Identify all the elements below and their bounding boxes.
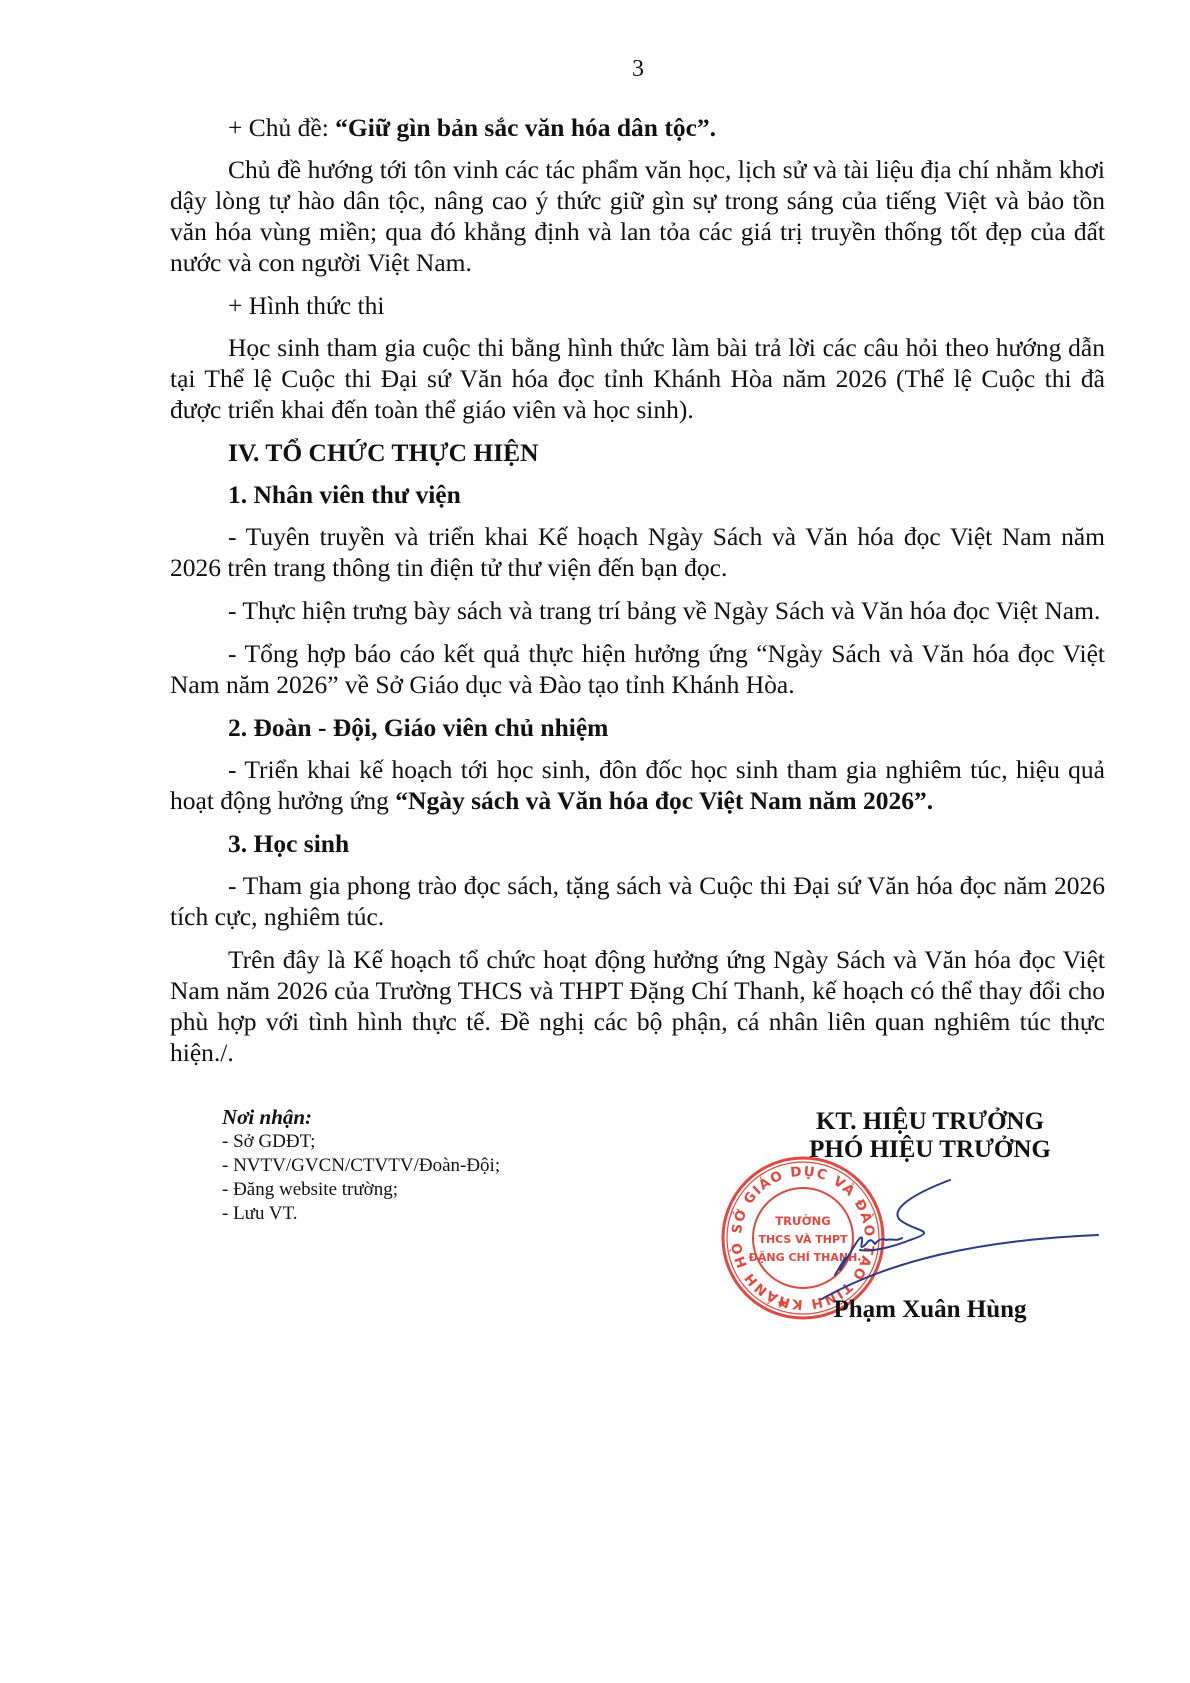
sub2-item-bold: “Ngày sách và Văn hóa đọc Việt Nam năm 2…	[395, 786, 933, 815]
sub3-item: - Tham gia phong trào đọc sách, tặng sác…	[170, 870, 1105, 932]
recipients-block: Nơi nhận: - Sở GDĐT; - NVTV/GVCN/CTVTV/Đ…	[222, 1105, 500, 1226]
recipients-title: Nơi nhận:	[222, 1105, 500, 1129]
form-description: Học sinh tham gia cuộc thi bằng hình thứ…	[170, 332, 1105, 425]
topic-title: “Giữ gìn bản sắc văn hóa dân tộc”.	[335, 113, 716, 142]
sub1-item: - Tuyên truyền và triển khai Kế hoạch Ng…	[170, 521, 1105, 583]
recipient-item: - Đăng website trường;	[222, 1178, 500, 1202]
recipient-item: - Sở GDĐT;	[222, 1130, 500, 1154]
page-number: 3	[0, 56, 1190, 83]
sub3-heading: 3. Học sinh	[170, 828, 1105, 859]
topic-prefix: + Chủ đề:	[228, 113, 335, 142]
closing-paragraph: Trên đây là Kế hoạch tổ chức hoạt động h…	[170, 944, 1105, 1068]
sub2-heading: 2. Đoàn - Đội, Giáo viên chủ nhiệm	[170, 712, 1105, 743]
signer-name: Phạm Xuân Hùng	[770, 1296, 1090, 1324]
handwritten-signature-icon	[800, 1140, 1110, 1300]
sub1-item: - Tổng hợp báo cáo kết quả thực hiện hưở…	[170, 638, 1105, 700]
topic-description: Chủ đề hướng tới tôn vinh các tác phẩm v…	[170, 154, 1105, 278]
form-label: + Hình thức thi	[170, 290, 1105, 321]
document-body: + Chủ đề: “Giữ gìn bản sắc văn hóa dân t…	[170, 112, 1105, 1068]
section-heading: IV. TỔ CHỨC THỰC HIỆN	[170, 437, 1105, 468]
sub2-item: - Triển khai kế hoạch tới học sinh, đôn …	[170, 754, 1105, 816]
topic-line: + Chủ đề: “Giữ gìn bản sắc văn hóa dân t…	[170, 112, 1105, 143]
recipient-item: - NVTV/GVCN/CTVTV/Đoàn-Đội;	[222, 1154, 500, 1178]
signature-title-1: KT. HIỆU TRƯỞNG	[770, 1108, 1090, 1136]
sub1-heading: 1. Nhân viên thư viện	[170, 479, 1105, 510]
recipient-item: - Lưu VT.	[222, 1202, 500, 1226]
sub1-item: - Thực hiện trưng bày sách và trang trí …	[170, 595, 1105, 626]
